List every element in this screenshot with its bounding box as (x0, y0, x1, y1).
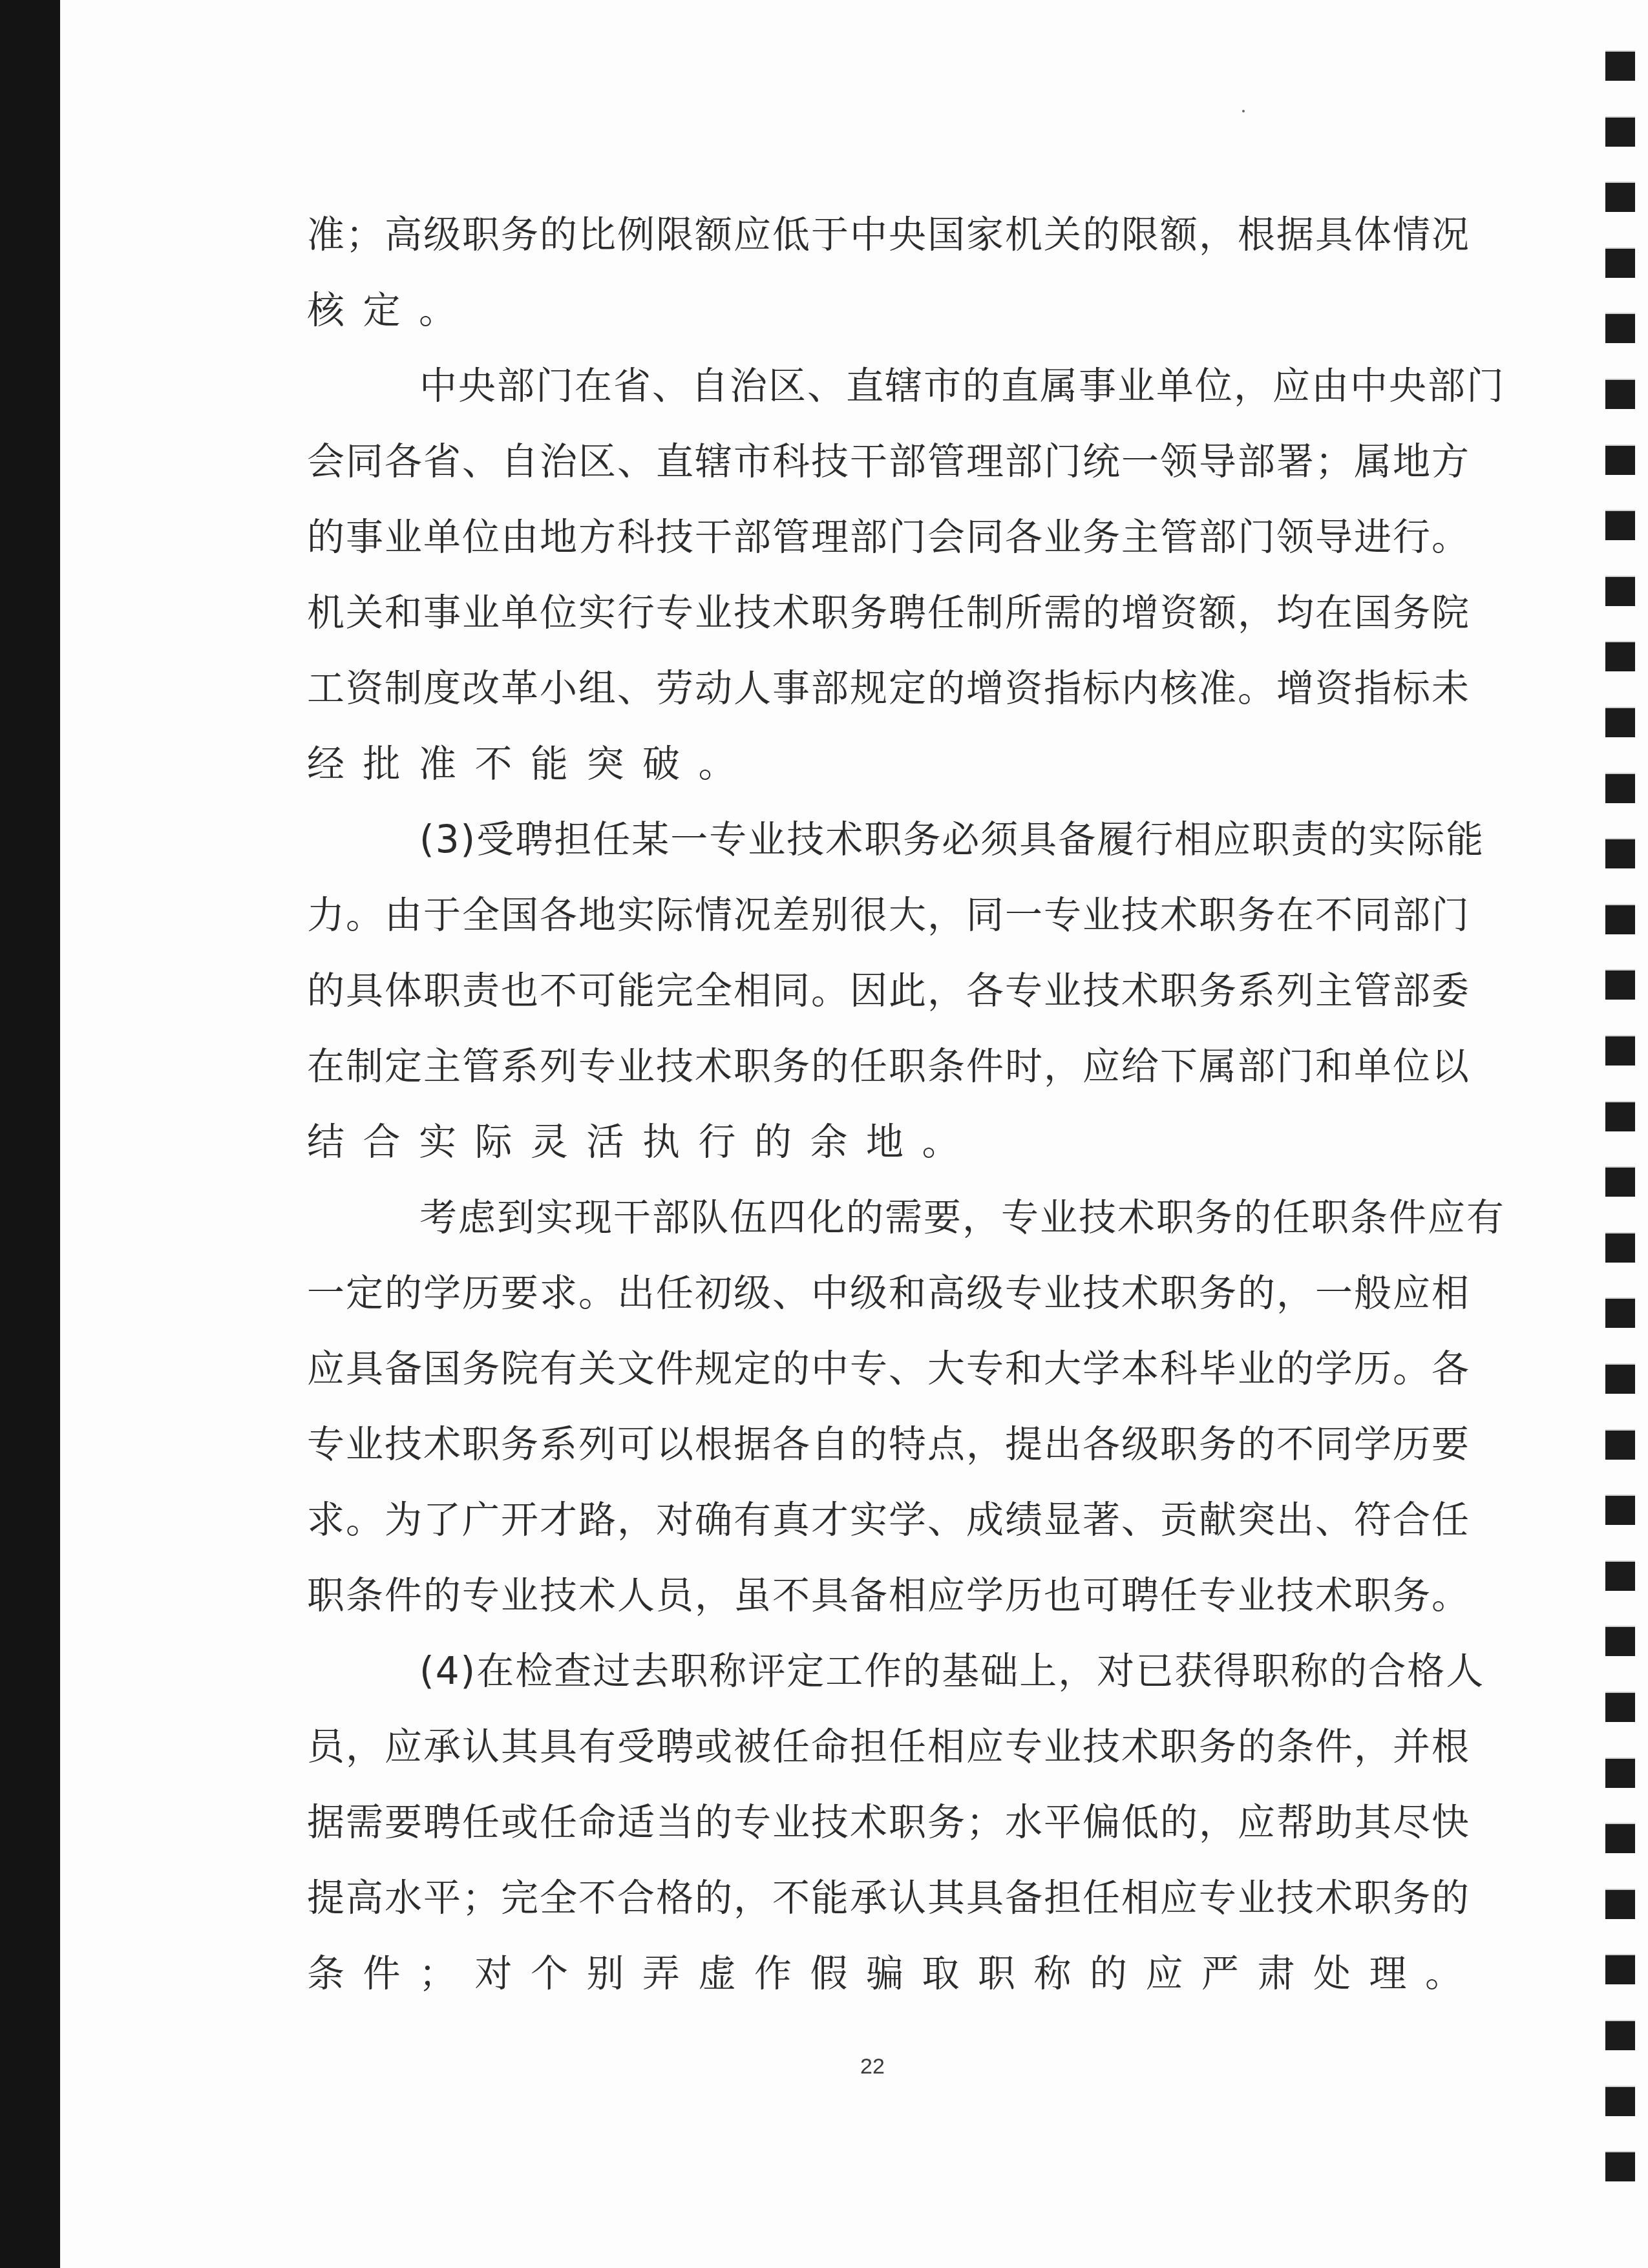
punch-hole (1605, 1495, 1635, 1525)
text-line: 一定的学历要求。出任初级、中级和高级专业技术职务的，一般应相 (307, 1270, 1428, 1316)
punch-hole (1605, 379, 1635, 409)
punch-hole (1605, 1692, 1635, 1722)
text-line: 提高水平；完全不合格的，不能承认其具备担任相应专业技术职务的 (307, 1875, 1428, 1920)
punch-hole (1605, 313, 1635, 343)
punch-hole (1605, 1297, 1635, 1328)
text-line: 机关和事业单位实行专业技术职务聘任制所需的增资额，均在国务院 (307, 590, 1428, 635)
punch-hole (1605, 2086, 1635, 2116)
punch-hole (1605, 1035, 1635, 1066)
text-line: 在制定主管系列专业技术职务的任职条件时，应给下属部门和单位以 (307, 1044, 1428, 1089)
punch-hole (1605, 2151, 1635, 2181)
text-line: 求。为了广开才路，对确有真才实学、成绩显著、贡献突出、符合任 (307, 1497, 1428, 1542)
punch-hole (1605, 182, 1635, 212)
punch-hole-column (1605, 0, 1636, 2268)
punch-hole (1605, 904, 1635, 934)
text-line: 经批准不能突破。 (307, 741, 1428, 786)
scan-speck (1242, 110, 1245, 112)
punch-hole (1605, 510, 1635, 540)
text-line: 职条件的专业技术人员，虽不具备相应学历也可聘任专业技术职务。 (307, 1573, 1428, 1618)
text-line: 条件；对个别弄虚作假骗取职称的应严肃处理。 (307, 1951, 1428, 1996)
punch-hole (1605, 1232, 1635, 1263)
punch-hole (1605, 969, 1635, 1000)
punch-hole (1605, 247, 1635, 278)
punch-hole (1605, 1560, 1635, 1591)
text-line: 力。由于全国各地实际情况差别很大，同一专业技术职务在不同部门 (307, 892, 1428, 938)
punch-hole (1605, 1823, 1635, 1853)
scan-binding-edge (0, 0, 60, 2268)
punch-hole (1605, 116, 1635, 147)
text-line: 会同各省、自治区、直辖市科技干部管理部门统一领导部署；属地方 (307, 439, 1428, 484)
punch-hole (1605, 576, 1635, 606)
text-line: 据需要聘任或任命适当的专业技术职务；水平偏低的，应帮助其尽快 (307, 1800, 1428, 1845)
punch-hole (1605, 641, 1635, 671)
text-line: 专业技术职务系列可以根据各自的特点，提出各级职务的不同学历要 (307, 1422, 1428, 1467)
punch-hole (1605, 50, 1635, 81)
punch-hole (1605, 1101, 1635, 1131)
text-line: (3)受聘担任某一专业技术职务必须具备履行相应职责的实际能 (419, 817, 1428, 862)
text-line: 的事业单位由地方科技干部管理部门会同各业务主管部门领导进行。 (307, 514, 1428, 560)
text-line: (4)在检查过去职称评定工作的基础上，对已获得职称的合格人 (419, 1648, 1428, 1694)
punch-hole (1605, 1889, 1635, 1919)
text-line: 的具体职责也不可能完全相同。因此，各专业技术职务系列主管部委 (307, 968, 1428, 1013)
punch-hole (1605, 1758, 1635, 1788)
punch-hole (1605, 707, 1635, 737)
text-line: 准；高级职务的比例限额应低于中央国家机关的限额，根据具体情况 (307, 212, 1428, 257)
punch-hole (1605, 1166, 1635, 1197)
text-line: 工资制度改革小组、劳动人事部规定的增资指标内核准。增资指标未 (307, 666, 1428, 711)
punch-hole (1605, 773, 1635, 803)
text-line: 员，应承认其具有受聘或被任命担任相应专业技术职务的条件，并根 (307, 1724, 1428, 1769)
text-line: 核定。 (307, 288, 1428, 333)
punch-hole (1605, 1626, 1635, 1656)
punch-hole (1605, 2020, 1635, 2050)
punch-hole (1605, 1954, 1635, 1984)
punch-hole (1605, 445, 1635, 475)
punch-hole (1605, 1429, 1635, 1460)
punch-hole (1605, 838, 1635, 868)
text-line: 中央部门在省、自治区、直辖市的直属事业单位，应由中央部门 (419, 363, 1428, 408)
text-line: 考虑到实现干部队伍四化的需要，专业技术职务的任职条件应有 (419, 1195, 1428, 1240)
text-line: 结合实际灵活执行的余地。 (307, 1119, 1428, 1164)
text-line: 应具备国务院有关文件规定的中专、大专和大学本科毕业的学历。各 (307, 1346, 1428, 1391)
page-number: 22 (840, 2053, 905, 2079)
punch-hole (1605, 1363, 1635, 1394)
